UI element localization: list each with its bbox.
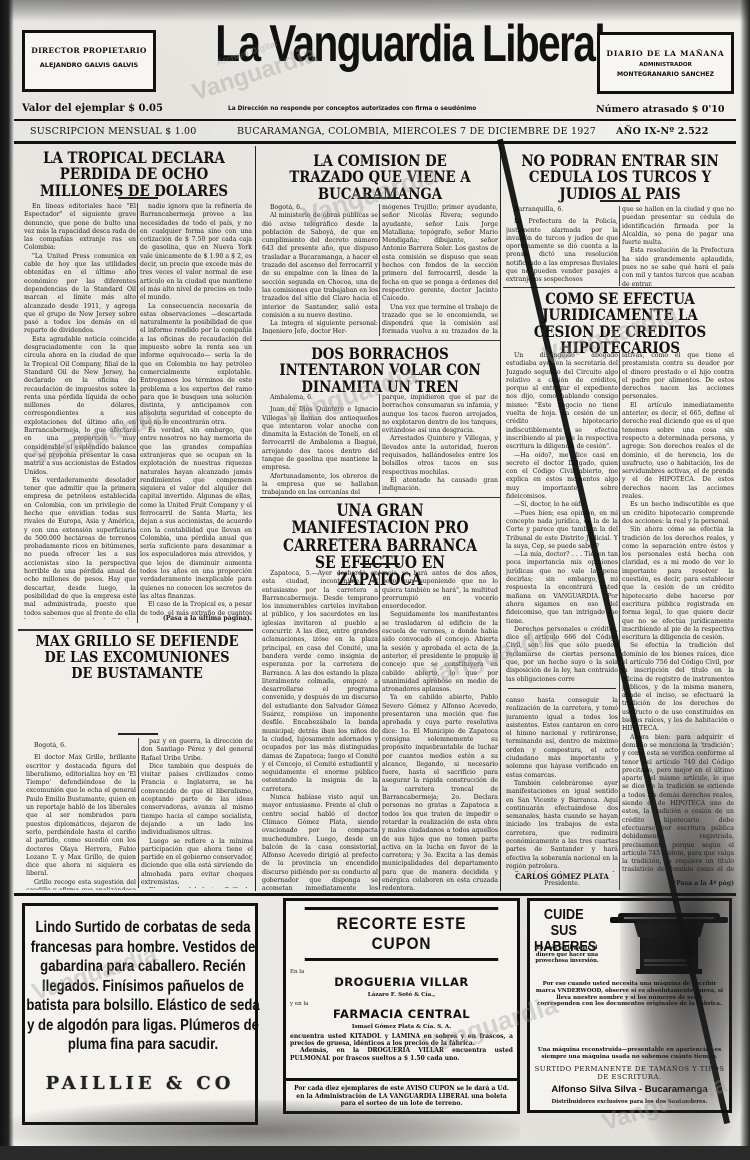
administrator-box: DIARIO DE LA MAÑANA ADMINISTRADOR MONTEG… (597, 32, 734, 94)
paragraph: canso hasta conseguir la realización de … (506, 697, 618, 780)
coupon-store-central: FARMACIA CENTRAL (286, 1007, 517, 1021)
ad-coupon: RECORTE ESTE CUPON En la DROGUERIA VILLA… (283, 898, 520, 1114)
article-manifestacion-col2: meja se hará antes de dos años, pero aun… (382, 570, 498, 890)
paragraph: Es verdad, sin embargo, que entre nosotr… (140, 427, 252, 601)
masthead-bottom-rule (14, 141, 736, 144)
paragraph: Una vez que termine el trabajo de trazad… (382, 304, 498, 336)
paragraph: El doctor Max Grillo, brillante escritor… (26, 754, 136, 878)
paragraph: Zapatoca, 5.—Ayer desbordó en esta ciuda… (262, 570, 378, 794)
scan-shadow (0, 1100, 520, 1146)
issue-number: AÑO IX-Nº 2.522 (616, 126, 709, 137)
paragraph: Es un hecho indiscutible es que un crédi… (622, 501, 734, 526)
daily-label: DIARIO DE LA MAÑANA (600, 49, 731, 58)
section-rule (260, 340, 500, 341)
article-tropical-col2: nadie ignora que la refinería de Barranc… (140, 203, 252, 615)
article-borrachos-col2: parque, impidieron que el par de borrach… (382, 394, 498, 496)
paragraph: Es verdaderamente desolador tener que ad… (24, 477, 136, 619)
article-grillo-col1: Bogotá, 6. El doctor Max Grillo, brillan… (26, 742, 136, 890)
paragraph: Dice también que después de visitar país… (141, 763, 253, 838)
column-rule (379, 570, 380, 890)
paragraph: El artículo del doctor Grillo ha sido mu… (141, 887, 253, 888)
article-turcos-col2: que se hallen en la ciudad y que no pued… (622, 206, 734, 286)
paragraph: Grillo recoge esta sugestión del caudill… (26, 879, 136, 890)
coupon-body: encuentra usted KITADOL y LAMINA en sobr… (286, 1033, 517, 1047)
paragraph: —Pues bien; esa opinión, en mi concepto … (506, 510, 618, 551)
dateline-text: Ambalema, 6. (262, 394, 378, 402)
headline-dash (118, 197, 158, 199)
headline-comision-text: LA COMISION DE TRAZADO QUE VIENE A BUCAR… (275, 153, 485, 202)
underwood-lead: Es más fácil ganar el dinero que hacer u… (534, 945, 600, 965)
director-name: ALEJANDRO GALVIS GALVIS (25, 61, 153, 69)
paragraph: Luego se refiere a la mínima participaci… (141, 838, 253, 888)
paragraph: paz y en guerra, la dirección de don San… (141, 738, 253, 763)
section-rule (508, 688, 616, 689)
column-rule (138, 738, 139, 888)
coupon-store-villar: DROGUERIA VILLAR (286, 975, 517, 989)
paragraph: El atentado ha causado gran indignación. (382, 477, 498, 494)
section-rule (503, 287, 735, 288)
ad-paillie-brand: PAILLIE & CO (25, 1073, 255, 1094)
paragraph: parque, impidieron que el par de borrach… (382, 394, 498, 435)
article-grillo-col2: paz y en guerra, la dirección de don San… (141, 738, 253, 888)
article-comision-col1: Bogotá, 6. Al ministerio de obras públic… (262, 204, 378, 334)
paragraph: La consecuencia necesaria de estas obser… (140, 303, 252, 427)
paragraph: Juan de Dios Quintero e Ignacio Villegas… (262, 406, 378, 472)
column-rule (255, 146, 256, 891)
dateline-text: Bogotá, 6. (26, 742, 136, 750)
coupon-owner: Lázaro F. Sotó & Cía., (286, 992, 517, 998)
paragraph: mógenes Trujillo; primer ayudante, señor… (382, 204, 498, 304)
administrator-label: ADMINISTRADOR (600, 62, 731, 68)
dateline-text: Barranquilla, 6. (506, 206, 618, 214)
paragraph: meja se hará antes de dos años, pero aun… (382, 570, 498, 611)
paragraph: Seguidamente los manifestantes se trasla… (382, 611, 498, 694)
column-rule (379, 204, 380, 336)
paragraph: El artículo inmediatamente anterior, es … (622, 402, 734, 502)
paragraph: Esta agradable noticia coincide desgraci… (24, 336, 136, 477)
headline-dash (360, 563, 400, 565)
headline-borrachos: DOS BORRACHOS INTENTARON VOLAR CON DINAM… (258, 346, 502, 395)
paragraph: que se hallen en la ciudad y que no pued… (622, 206, 734, 247)
paragraph: Comité de la carretera de Barrancabermej… (506, 871, 618, 872)
coupon-extra: Además, en la DROGUERIA VILLAR encuentra… (286, 1047, 517, 1061)
article-comision-col2: mógenes Trujillo; primer ayudante, señor… (382, 204, 498, 336)
paragraph: La integra el siguiente personal: Ingeni… (262, 320, 378, 334)
headline-dash (360, 197, 400, 199)
masthead-rule (14, 119, 736, 121)
signature-title: Presidente. (506, 880, 618, 890)
coupon-header: RECORTE ESTE CUPON (305, 907, 499, 961)
dateline-text: Bogotá, 6. (262, 204, 378, 212)
column-rule (137, 203, 138, 623)
paragraph: —Sí, doctor, lo he oído. (506, 501, 618, 509)
back-issue-price: Número atrasado $ 0'10 (596, 104, 725, 115)
headline-tropical: LA TROPICAL DECLARA PERDIDA DE OCHO MILL… (18, 150, 250, 199)
ad-paillie-text: Lindo Surtido de corbatas de seda france… (26, 918, 261, 1055)
paragraph: nadie ignora que la refinería de Barranc… (140, 203, 252, 303)
paragraph: El caso de la Tropical es, a pesar de to… (140, 601, 252, 615)
ad-paillie: Lindo Surtido de corbatas de seda france… (22, 903, 258, 1125)
section-rule (18, 629, 253, 631)
administrator-name: MONTEGRANARIO SANCHEZ (600, 71, 731, 78)
headline-comision: LA COMISION DE TRAZADO QUE VIENE A BUCAR… (258, 153, 502, 202)
subscription-label: SUSCRIPCION MENSUAL $ 1.00 (30, 126, 197, 137)
article-manifestacion-col3: canso hasta conseguir la realización de … (506, 697, 618, 872)
newspaper-page: DIRECTOR PROPIETARIO ALEJANDRO GALVIS GA… (0, 0, 750, 1146)
article-tropical-col1: En líneas editoriales hace "El Espectado… (24, 203, 136, 619)
column-rule (379, 394, 380, 494)
paragraph: Afortunadamente, los obreros de la empre… (262, 473, 378, 496)
headline-turcos-text: NO PODRAN ENTRAR SIN CEDULA LOS TURCOS Y… (519, 153, 720, 202)
headline-grillo: MAX GRILLO SE DEFIENDE DE LAS EXCOMUNION… (18, 634, 256, 681)
article-manifestacion-col1: Zapatoca, 5.—Ayer desbordó en esta ciuda… (262, 570, 378, 890)
paragraph: Esta resolución de la Prefectura ha sido… (622, 247, 734, 286)
article-borrachos-col1: Ambalema, 6. Juan de Dios Quintero e Ign… (262, 394, 378, 496)
paragraph: Al ministerio de obras públicas se dió a… (262, 212, 378, 320)
director-label: DIRECTOR PROPIETARIO (25, 46, 153, 55)
section-rule (260, 497, 500, 498)
column-rule (619, 206, 620, 286)
paragraph: Arrestados Quintero y Villegas, y llevad… (382, 435, 498, 476)
scan-shadow (620, 720, 750, 1146)
column-rule (500, 146, 501, 891)
disclaimer: La Dirección no responde por conceptos a… (228, 106, 476, 112)
newspaper-title: La Vanguardia Liberal (215, 16, 550, 73)
coupon-owner: Ismael Gómez Plata & Cía. S. A. (286, 1024, 517, 1030)
dateline: BUCARAMANGA, COLOMBIA, MIERCOLES 7 DE DI… (237, 126, 596, 137)
headline-borrachos-text: DOS BORRACHOS INTENTARON VOLAR CON DINAM… (275, 346, 485, 395)
headline-turcos: NO PODRAN ENTRAR SIN CEDULA LOS TURCOS Y… (503, 153, 737, 202)
paragraph: Nunca habíase visto aquí un mayor entusi… (262, 794, 378, 890)
paragraph: También celebráronse ayer manifestacione… (506, 780, 618, 871)
paragraph: Sin ahora cómo se efectúa la tradición d… (622, 526, 734, 642)
paragraph: Derechos personales o créditos, dice el … (506, 626, 618, 684)
continued-note: (Pasa a la última página). (140, 615, 252, 625)
paragraph: "La United Press comunica en cable de ho… (24, 253, 136, 336)
scan-edge-left (0, 0, 14, 1146)
paragraph: Ya en cabildo abierto, Pablo Severo Góme… (382, 694, 498, 890)
paragraph: —Ha oído?, me dice casi en secreto el do… (506, 452, 618, 502)
headline-dash (118, 733, 158, 735)
paragraph: En líneas editoriales hace "El Espectado… (24, 203, 136, 253)
price-label: Valor del ejemplar $ 0.05 (22, 103, 163, 114)
headline-dash (600, 200, 640, 202)
headline-grillo-text: MAX GRILLO SE DEFIENDE DE LAS EXCOMUNION… (35, 634, 240, 681)
paragraph: lativas, como el que tiene el prestamist… (622, 352, 734, 402)
director-box: DIRECTOR PROPIETARIO ALEJANDRO GALVIS GA… (22, 30, 156, 92)
headline-tropical-text: LA TROPICAL DECLARA PERDIDA DE OCHO MILL… (34, 150, 234, 199)
